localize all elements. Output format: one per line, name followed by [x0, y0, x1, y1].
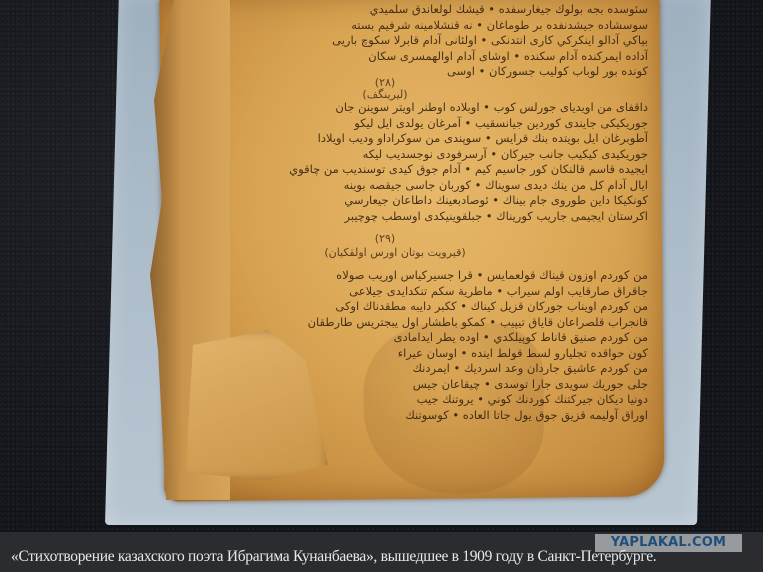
section-subtitle-29: (قيرويت بوتان اورس اولقكيان) — [300, 246, 490, 259]
text-line: جوريكيدى كيكيب جانب جيركان • آرسرفودى نو… — [228, 147, 648, 163]
document-photo: سئوسده بجه بولوك جيغارسفده • قيشك لولعان… — [0, 0, 763, 532]
text-line: ايال آدام كل من ينك ديدى سويناك • كوربان… — [228, 178, 648, 194]
text-line: جاقراق صارقايب اولم سيراب • ماطرية سكم ت… — [218, 284, 648, 300]
text-line: من كوردم اوزون قيناك قولعمايس • قرا جسير… — [218, 268, 648, 284]
text-line: آطوبرغان ايل بويتده بنك قرايس • سوپندى م… — [228, 131, 648, 147]
text-line: داقفاى من اويدياى جورلس كوب • اوبلاده او… — [228, 100, 648, 116]
text-line: ايجيده قاسم قالنكان كور جاسيم كيم • آدام… — [228, 162, 648, 178]
image-caption: «Стихотворение казахского поэта Ибрагима… — [11, 548, 656, 566]
text-line: بياكي آدالو اينكركي كارى انتدنكى • اولئا… — [288, 33, 648, 49]
section-number-29: (٢٩) — [330, 232, 440, 245]
text-line: من كوردم اويناب جوركان قزيل كيناك • ككبر… — [218, 299, 648, 315]
text-line: آداده ايمركنده آدام سكنده • اوشاى آدام ا… — [288, 49, 648, 65]
text-block-middle: داقفاى من اويدياى جورلس كوب • اوبلاده او… — [228, 100, 648, 224]
text-line: سئوسده بجه بولوك جيغارسفده • قيشك لولعان… — [288, 2, 648, 18]
text-line: جوريكيكى جايندى كوردين جيانسقيب • آمرغان… — [228, 116, 648, 132]
text-line: اكرستان ايجيمى جاريب كوريناك • جبلقوينيك… — [228, 209, 648, 225]
text-block-top: سئوسده بجه بولوك جيغارسفده • قيشك لولعان… — [288, 2, 648, 80]
text-line: قانجراب قلصراعان قاياق تيپيب • كمكو باطش… — [218, 315, 648, 331]
text-line: كونكيكا داين طوروى جام بيناك • ئوصادبعين… — [228, 193, 648, 209]
text-line: سوسشاده جيشدنفده بر طوماغان • نه قنشلامي… — [288, 18, 648, 34]
